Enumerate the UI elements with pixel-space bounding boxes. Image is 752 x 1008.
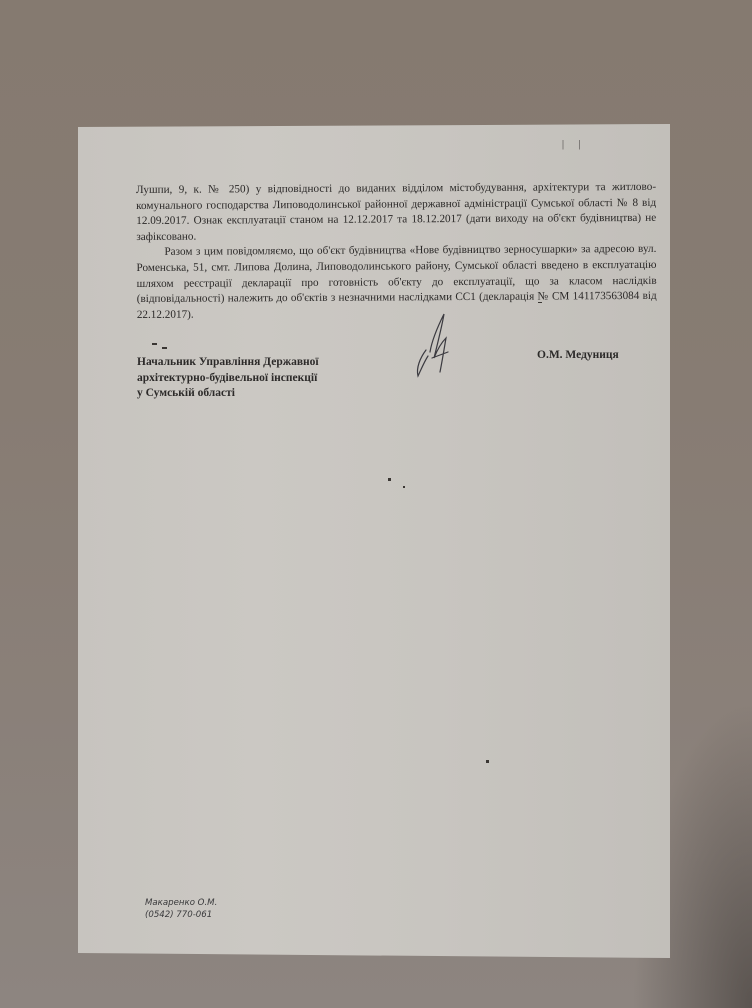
executor-phone: (0542) 770-061	[145, 909, 217, 921]
position-line-3: у Сумській області	[137, 386, 319, 402]
letter-body: Лушпи, 9, к. № 250) у відповідності до в…	[136, 180, 657, 324]
paragraph-continuation: Лушпи, 9, к. № 250) у відповідності до в…	[136, 180, 656, 246]
speck	[388, 478, 391, 481]
page-marks: | |	[562, 139, 587, 150]
signatory-position: Начальник Управління Державної архітекту…	[137, 355, 319, 402]
executor-info: Макаренко О.М. (0542) 770-061	[145, 897, 217, 921]
signatory-name: О.М. Медуниця	[537, 349, 619, 361]
speck	[152, 343, 157, 345]
speck	[486, 760, 489, 763]
speck	[162, 347, 167, 349]
position-line-1: Начальник Управління Державної	[137, 355, 319, 371]
speck	[403, 486, 405, 488]
executor-name: Макаренко О.М.	[145, 897, 217, 909]
paragraph-declaration: Разом з цим повідомляємо, що об'єкт буді…	[136, 242, 656, 323]
position-line-2: архітектурно-будівельної інспекції	[137, 371, 319, 387]
speck	[538, 302, 542, 303]
handwritten-signature	[412, 312, 462, 380]
